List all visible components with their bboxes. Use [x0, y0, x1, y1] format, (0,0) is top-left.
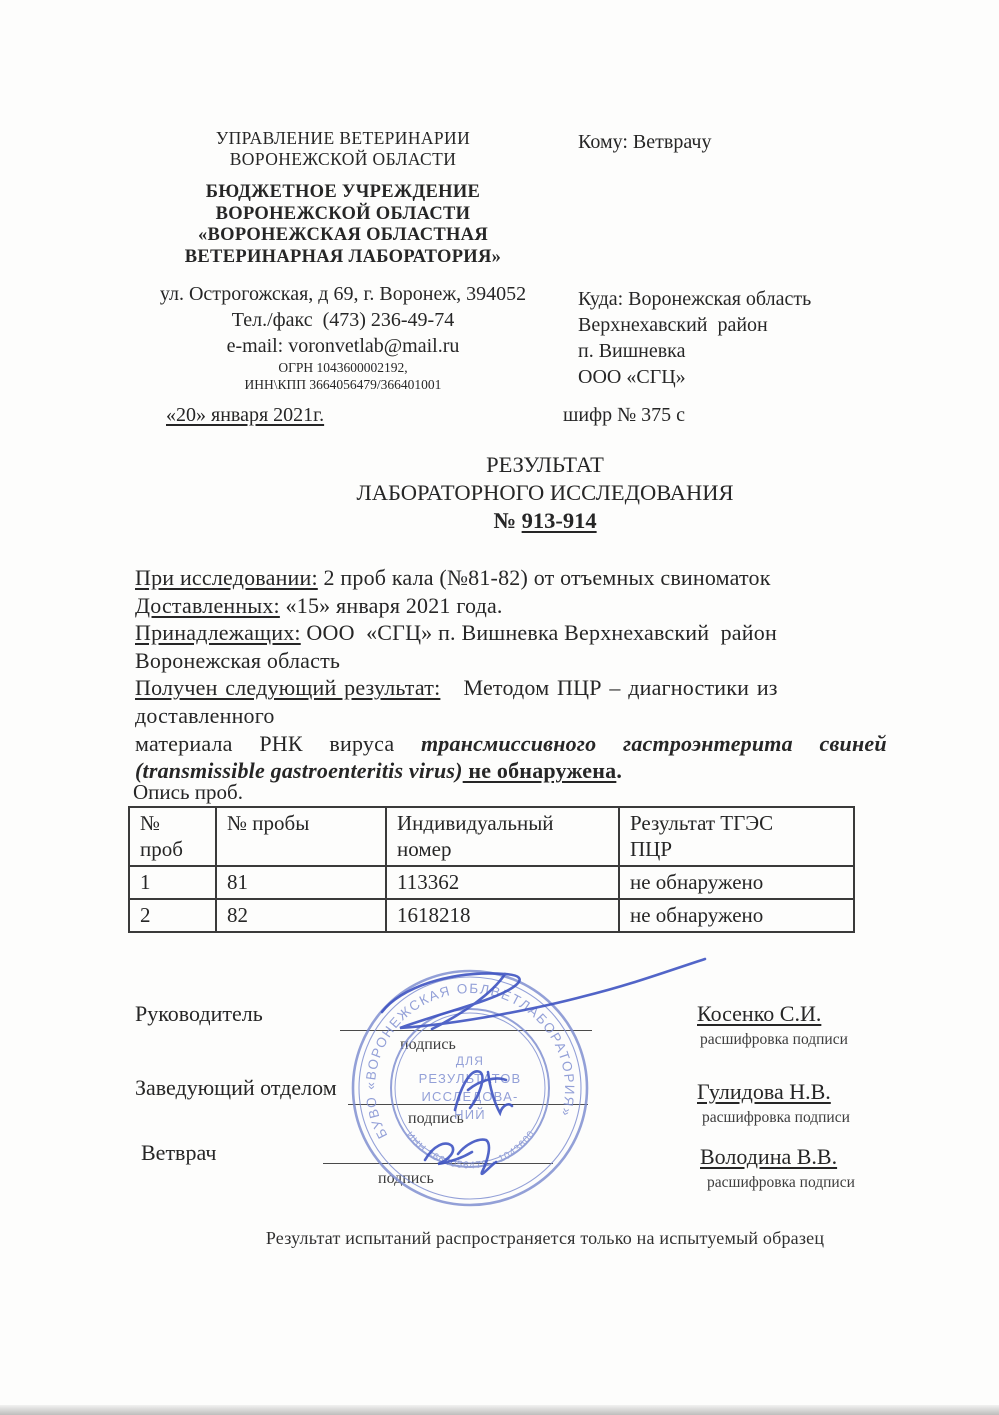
table-header-row: № проб № пробы Индивидуальный номер Резу…	[129, 807, 854, 866]
result-line3: (transmissible gastroenteritis virus) не…	[135, 757, 891, 785]
result-line2: материала РНК вируса трансмиссивного гас…	[135, 730, 891, 758]
cell-result: не обнаружено	[619, 899, 854, 932]
signature-role-vet: Ветврач	[141, 1140, 216, 1166]
destination-line1: Куда: Воронежская область	[578, 286, 811, 312]
recipient-to: Кому: Ветврачу	[578, 131, 711, 154]
belongs-line: Принадлежащих: ООО «СГЦ» п. Вишневка Вер…	[135, 619, 891, 647]
col-header-individual-number: Индивидуальный номер	[386, 807, 619, 866]
destination-line2: Верхнехавский район	[578, 312, 811, 338]
signature-ink-head	[455, 1071, 512, 1113]
body-text: При исследовании: 2 проб кала (№81-82) о…	[135, 564, 891, 785]
destination-line4: ООО «СГЦ»	[578, 364, 811, 390]
sender-institution-line1: БЮДЖЕТНОЕ УЧРЕЖДЕНИЕ	[108, 182, 578, 204]
delivered-label: Доставленных:	[135, 593, 280, 618]
document-date: «20» января 2021г.	[166, 404, 324, 427]
research-text: 2 проб кала (№81-82) от отъемных свинома…	[318, 565, 771, 590]
cell-individual-number: 1618218	[386, 899, 619, 932]
result-period: .	[616, 758, 622, 783]
sender-phone: Тел./факс (473) 236-49-74	[108, 307, 578, 333]
sender-contacts: ул. Острогожская, д 69, г. Воронеж, 3940…	[108, 281, 578, 393]
sender-ogrn: ОГРН 1043600002192,	[108, 359, 578, 376]
handwritten-signatures	[300, 950, 720, 1200]
sender-institution: БЮДЖЕТНОЕ УЧРЕЖДЕНИЕ ВОРОНЕЖСКОЙ ОБЛАСТИ…	[108, 182, 578, 268]
belongs-label: Принадлежащих:	[135, 620, 301, 645]
signature-role-director: Руководитель	[135, 1001, 263, 1027]
col-header-result: Результат ТГЭС ПЦР	[619, 807, 854, 866]
table-row: 1 81 113362 не обнаружено	[129, 866, 854, 899]
recipient-destination: Куда: Воронежская область Верхнехавский …	[578, 286, 811, 390]
destination-line3: п. Вишневка	[578, 338, 811, 364]
cipher-number: шифр № 375 с	[563, 404, 685, 427]
delivered-line: Доставленных: «15» января 2021 года.	[135, 592, 891, 620]
research-line: При исследовании: 2 проб кала (№81-82) о…	[135, 564, 891, 592]
sender-institution-line2: ВОРОНЕЖСКОЙ ОБЛАСТИ	[108, 204, 578, 226]
research-label: При исследовании:	[135, 565, 318, 590]
col-header-sample-number: № пробы	[216, 807, 386, 866]
col-header-sample-index: № проб	[129, 807, 216, 866]
signature-ink-director	[382, 959, 705, 1028]
sender-address: ул. Острогожская, д 69, г. Воронеж, 3940…	[108, 281, 578, 307]
cell-index: 1	[129, 866, 216, 899]
document-page: УПРАВЛЕНИЕ ВЕТЕРИНАРИИ ВОРОНЕЖСКОЙ ОБЛАС…	[0, 0, 999, 1415]
belongs-text: ООО «СГЦ» п. Вишневка Верхнехавский райо…	[301, 620, 777, 645]
footer-note: Результат испытаний распространяется тол…	[95, 1228, 995, 1249]
signature-name-vet: Володина В.В.	[700, 1144, 837, 1170]
result-line1: Получен следующий результат: Методом ПЦР…	[135, 674, 891, 729]
cell-index: 2	[129, 899, 216, 932]
scan-edge-shadow	[0, 1405, 999, 1415]
title-line1: РЕЗУЛЬТАТ	[95, 451, 995, 479]
delivered-text: «15» января 2021 года.	[280, 593, 503, 618]
sender-inn-kpp: ИНН\КПП 3664056479/366401001	[108, 376, 578, 393]
belongs-line2: Воронежская область	[135, 647, 891, 675]
decode-caption-vet: расшифровка подписи	[707, 1174, 855, 1192]
sender-department: УПРАВЛЕНИЕ ВЕТЕРИНАРИИ ВОРОНЕЖСКОЙ ОБЛАС…	[108, 128, 578, 170]
sender-institution-line3: «ВОРОНЕЖСКАЯ ОБЛАСТНАЯ	[108, 225, 578, 247]
cell-sample-number: 81	[216, 866, 386, 899]
inventory-caption: Опись проб.	[133, 780, 243, 805]
decode-caption-director: расшифровка подписи	[700, 1031, 848, 1049]
table-row: 2 82 1618218 не обнаружено	[129, 899, 854, 932]
cell-result: не обнаружено	[619, 866, 854, 899]
title-number-prefix: №	[493, 508, 521, 533]
result-label: Получен следующий результат:	[135, 675, 440, 700]
title-number-line: № 913-914	[95, 507, 995, 535]
decode-caption-head: расшифровка подписи	[702, 1109, 850, 1127]
sender-department-line2: ВОРОНЕЖСКОЙ ОБЛАСТИ	[108, 149, 578, 170]
sender-department-line1: УПРАВЛЕНИЕ ВЕТЕРИНАРИИ	[108, 128, 578, 149]
result-line2-emphasis: трансмиссивного гастроэнтерита свиней	[421, 731, 887, 756]
document-title: РЕЗУЛЬТАТ ЛАБОРАТОРНОГО ИССЛЕДОВАНИЯ № 9…	[95, 451, 995, 535]
sender-email: e-mail: voronvetlab@mail.ru	[108, 333, 578, 359]
samples-table: № проб № пробы Индивидуальный номер Резу…	[128, 806, 855, 933]
title-line2: ЛАБОРАТОРНОГО ИССЛЕДОВАНИЯ	[95, 479, 995, 507]
cell-individual-number: 113362	[386, 866, 619, 899]
cell-sample-number: 82	[216, 899, 386, 932]
result-line2-plain: материала РНК вируса	[135, 731, 421, 756]
title-number: 913-914	[522, 508, 597, 533]
sender-institution-line4: ВЕТЕРИНАРНАЯ ЛАБОРАТОРИЯ»	[108, 247, 578, 269]
signature-ink-vet	[425, 1140, 496, 1174]
result-verdict: не обнаружена	[463, 758, 617, 783]
